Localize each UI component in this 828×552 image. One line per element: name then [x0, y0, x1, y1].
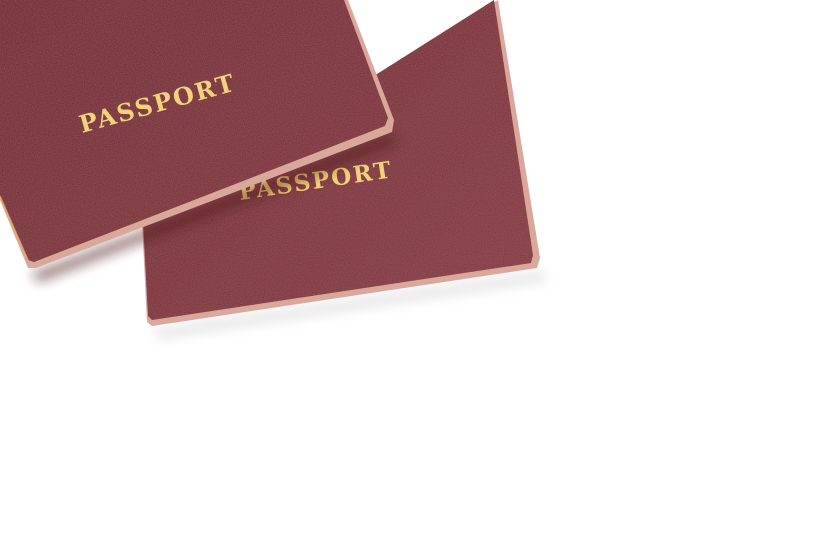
photo-scene: PASSPORT PASSPORT	[0, 0, 828, 552]
passports-illustration: PASSPORT PASSPORT	[0, 0, 828, 552]
